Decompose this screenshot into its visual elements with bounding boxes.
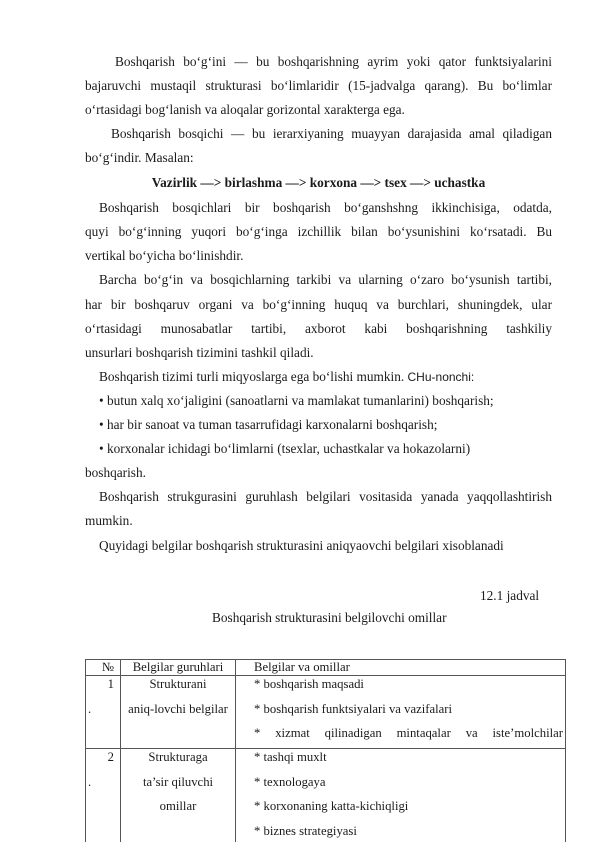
paragraph-4-line-2: har bir boshqaruv organi va bo‘g‘inning … [85, 297, 552, 313]
paragraph-1-line-1: Boshqarish bo‘g‘ini — bu boshqarishning … [85, 54, 552, 70]
table-row: 1 . Strukturani aniq-lovchi belgilar * b… [86, 676, 566, 749]
paragraph-5-tail: CHu-nonchi: [408, 370, 475, 384]
factor-item: * boshqarish maqsadi [254, 676, 565, 701]
paragraph-4-line-4: unsurlari boshqarish tizimini tashkil qi… [85, 345, 552, 361]
paragraph-3-line-1: Boshqarish bosqichlari bir boshqarish bo… [85, 200, 552, 216]
paragraph-1-line-2: bajaruvchi mustaqil strukturasi bo‘limla… [85, 78, 552, 94]
bullet-item-continuation: boshqarish. [85, 465, 552, 481]
factor-item: * xizmat qilinadigan mintaqalar va iste’… [254, 725, 565, 748]
bullet-item: • butun xalq xo‘jaligini (sanoatlarni va… [99, 393, 566, 409]
header-factors: Belgilar va omillar [236, 660, 566, 676]
paragraph-2-line-2: bo‘g‘indir. Masalan: [85, 150, 552, 166]
table-title: Boshqarish strukturasini belgilovchi omi… [212, 610, 447, 626]
group-line: ta’sir qiluvchi [121, 774, 235, 799]
row-number-cell: 1 . [86, 676, 121, 749]
group-line: aniq-lovchi belgilar [121, 701, 235, 726]
factor-item: * biznes strategiyasi [254, 823, 565, 842]
row-number: 1 [86, 676, 120, 701]
paragraph-5: Boshqarish tizimi turli miqyoslarga ega … [99, 369, 566, 385]
factor-item: * tashqi muxlt [254, 749, 565, 774]
table-header-row: № Belgilar guruhlari Belgilar va omillar [86, 660, 566, 676]
group-line: Strukturaga [121, 749, 235, 774]
factor-item: * texnologaya [254, 774, 565, 799]
paragraph-3-line-3: vertikal bo‘yicha bo‘linishdir. [85, 248, 552, 264]
row-number-cell: 2 . [86, 749, 121, 842]
table-row: 2 . Strukturaga ta’sir qiluvchi omillar … [86, 749, 566, 842]
paragraph-1-line-3: o‘rtasidagi bog‘lanish va aloqalar goriz… [85, 102, 552, 118]
row-number: 2 [86, 749, 120, 774]
paragraph-4-line-3: o‘rtasidagi munosabatlar tartibi, axboro… [85, 321, 552, 337]
row-group-cell: Strukturani aniq-lovchi belgilar [121, 676, 236, 749]
paragraph-6-line-1: Boshqarish strukgurasini guruhlash belgi… [85, 489, 552, 505]
paragraph-4-line-1: Barcha bo‘g‘in va bosqichlarning tarkibi… [85, 272, 552, 288]
row-group-cell: Strukturaga ta’sir qiluvchi omillar [121, 749, 236, 842]
paragraph-3-line-2: quyi bo‘g‘inning yuqori bo‘g‘inga izchil… [85, 224, 552, 240]
factor-item: * boshqarish funktsiyalari va vazifalari [254, 701, 565, 726]
header-number: № [86, 660, 121, 676]
factor-item: * korxonaning katta-kichiqligi [254, 798, 565, 823]
group-line: omillar [121, 798, 235, 823]
factors-table: № Belgilar guruhlari Belgilar va omillar… [85, 659, 566, 842]
table-label: 12.1 jadval [480, 588, 539, 604]
group-line: Strukturani [121, 676, 235, 701]
header-groups: Belgilar guruhlari [121, 660, 236, 676]
bullet-item: • har bir sanoat va tuman tasarrufidagi … [99, 417, 566, 433]
row-number-dot: . [86, 701, 120, 726]
row-factors-cell: * tashqi muxlt * texnologaya * korxonani… [236, 749, 566, 842]
paragraph-6-line-2: mumkin. [85, 513, 552, 529]
paragraph-5-main: Boshqarish tizimi turli miqyoslarga ega … [99, 369, 404, 384]
row-number-dot: . [86, 774, 120, 799]
hierarchy-chain: Vazirlik —> birlashma —> korxona —> tsex… [85, 175, 552, 191]
bullet-item: • korxonalar ichidagi bo‘limlarni (tsexl… [99, 441, 566, 457]
paragraph-7: Quyidagi belgilar boshqarish strukturasi… [99, 538, 566, 554]
row-factors-cell: * boshqarish maqsadi * boshqarish funkts… [236, 676, 566, 749]
paragraph-2-line-1: Boshqarish bosqichi — bu ierarxiyaning m… [85, 126, 552, 142]
